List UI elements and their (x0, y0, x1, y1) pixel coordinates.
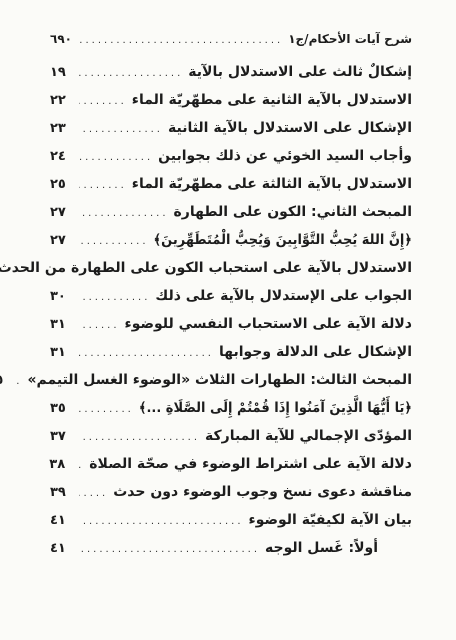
book-toc-page: شرح آيات الأحكام/ج١ ٦٩٠ إشكالٌ ثالث على … (0, 0, 456, 640)
toc-entry-row: مناقشة دعوى نسخ وجوب الوضوء دون حدث ٣٩ (50, 484, 412, 512)
toc-entry-title: دلالة الآية على الاستحباب النفسي للوضوء (125, 316, 412, 332)
toc-entry-row: أولاً: غَسل الوجه ٤١ (50, 540, 378, 568)
toc-entry-page-number: ٣٥ (50, 401, 76, 416)
toc-entry-title: بيان الآية لكيفيّة الوضوء (249, 512, 412, 528)
toc-entry-row: ﴿يَا أَيُّهَا الَّذِينَ آمَنُوا إِذَا قُ… (50, 400, 412, 428)
toc-entry-row: دلالة الآية على اشتراط الوضوء في صحّة ال… (50, 456, 412, 484)
toc-entry-title: دلالة الآية على اشتراط الوضوء في صحّة ال… (89, 456, 412, 472)
dot-leader (79, 428, 200, 442)
toc-entry-title: ﴿يَا أَيُّهَا الَّذِينَ آمَنُوا إِذَا قُ… (139, 401, 412, 417)
toc-entry-row: الإشكال على الاستدلال بالآية الثانية ٢٣ (50, 120, 412, 148)
toc-entry-row: بيان الآية لكيفيّة الوضوء ٤١ (50, 512, 412, 540)
toc-entry-row: إشكالٌ ثالث على الاستدلال بالآية ١٩ (50, 64, 412, 92)
toc-entry-row: المبحث الثالث: الطهارات الثلاث «الوضوء ا… (50, 372, 412, 400)
toc-entry-page-number: ٢٢ (50, 93, 76, 108)
toc-entry-title: الإشكال على الاستدلال بالآية الثانية (168, 120, 412, 136)
toc-entry-page-number: ٣٩ (50, 485, 76, 500)
toc-entry-page-number: ٤١ (50, 541, 76, 556)
toc-entry-row: ﴿إِنَّ اللهَ يُحِبُّ التَّوَّابِينَ وَيُ… (50, 232, 412, 260)
toc-entry-title: ﴿إِنَّ اللهَ يُحِبُّ التَّوَّابِينَ وَيُ… (154, 233, 412, 249)
toc-entry-page-number: ٣٧ (50, 429, 76, 444)
book-title: شرح آيات الأحكام/ج١ (288, 32, 412, 46)
dot-leader (79, 232, 149, 246)
toc-list: إشكالٌ ثالث على الاستدلال بالآية ١٩ الاس… (50, 64, 412, 568)
toc-entry-page-number: ٢٤ (50, 149, 76, 164)
running-header: شرح آيات الأحكام/ج١ ٦٩٠ (50, 32, 412, 50)
toc-entry-title: الإشكال على الدلالة وجوابها (219, 344, 412, 360)
toc-entry-title: مناقشة دعوى نسخ وجوب الوضوء دون حدث (113, 484, 412, 500)
dot-leader (79, 148, 153, 162)
toc-entry-row: الاستدلال بالآية الثالثة على مطهّريّة ال… (50, 176, 412, 204)
header-page-number: ٦٩٠ (50, 32, 76, 46)
toc-entry-page-number: ٢٣ (50, 121, 76, 136)
toc-entry-title: الجواب على الإستدلال بالآية على ذلك (155, 288, 412, 304)
dot-leader (79, 400, 134, 414)
toc-entry-title: الاستدلال بالآية الثالثة على مطهّريّة ال… (132, 176, 412, 192)
toc-entry-page-number: ٣١ (50, 345, 76, 360)
toc-entry-page-number: ٢٥ (50, 177, 76, 192)
toc-entry-page-number: ٢٧ (50, 233, 76, 248)
toc-entry-row: دلالة الآية على الاستحباب النفسي للوضوء … (50, 316, 412, 344)
header-dot-leader (79, 32, 283, 46)
dot-leader (16, 372, 22, 386)
toc-entry-row: الاستدلال بالآية على استحباب الكون على ا… (50, 260, 412, 288)
toc-entry-row: الاستدلال بالآية الثانية على مطهّريّة ال… (50, 92, 412, 120)
toc-entry-title: المبحث الثاني: الكون على الطهارة (174, 204, 413, 220)
dot-leader (79, 288, 150, 302)
toc-entry-page-number: ٣٨ (49, 457, 75, 472)
dot-leader (78, 456, 84, 470)
dot-leader (79, 512, 244, 526)
toc-entry-page-number: ٤١ (50, 513, 76, 528)
toc-entry-title: المؤدّى الإجمالي للآية المباركة (205, 428, 412, 444)
dot-leader (79, 484, 108, 498)
toc-entry-row: الإشكال على الدلالة وجوابها ٣١ (50, 344, 412, 372)
dot-leader (79, 540, 260, 554)
dot-leader (79, 344, 214, 358)
toc-entry-title: أولاً: غَسل الوجه (265, 540, 378, 556)
toc-entry-page-number: ٣١ (50, 317, 76, 332)
dot-leader (79, 204, 169, 218)
toc-entry-page-number: ٣٠ (50, 289, 76, 304)
dot-leader (79, 316, 120, 330)
dot-leader (79, 64, 183, 78)
toc-entry-row: وأجاب السيد الخوئي عن ذلك بجوابين ٢٤ (50, 148, 412, 176)
dot-leader (79, 176, 127, 190)
dot-leader (79, 92, 127, 106)
toc-entry-row: الجواب على الإستدلال بالآية على ذلك ٣٠ (50, 288, 412, 316)
toc-entry-title: الاستدلال بالآية الثانية على مطهّريّة ال… (132, 92, 412, 108)
toc-entry-row: المبحث الثاني: الكون على الطهارة ٢٧ (50, 204, 412, 232)
toc-entry-page-number: ٣٥ (0, 373, 13, 388)
toc-entry-page-number: ٢٧ (50, 205, 76, 220)
toc-entry-title: إشكالٌ ثالث على الاستدلال بالآية (188, 64, 412, 80)
toc-entry-title: المبحث الثالث: الطهارات الثلاث «الوضوء ا… (27, 372, 412, 388)
toc-entry-title: الاستدلال بالآية على استحباب الكون على ا… (0, 260, 412, 276)
dot-leader (79, 120, 163, 134)
toc-entry-page-number: ١٩ (50, 65, 76, 80)
toc-entry-title: وأجاب السيد الخوئي عن ذلك بجوابين (158, 148, 412, 164)
toc-entry-row: المؤدّى الإجمالي للآية المباركة ٣٧ (50, 428, 412, 456)
